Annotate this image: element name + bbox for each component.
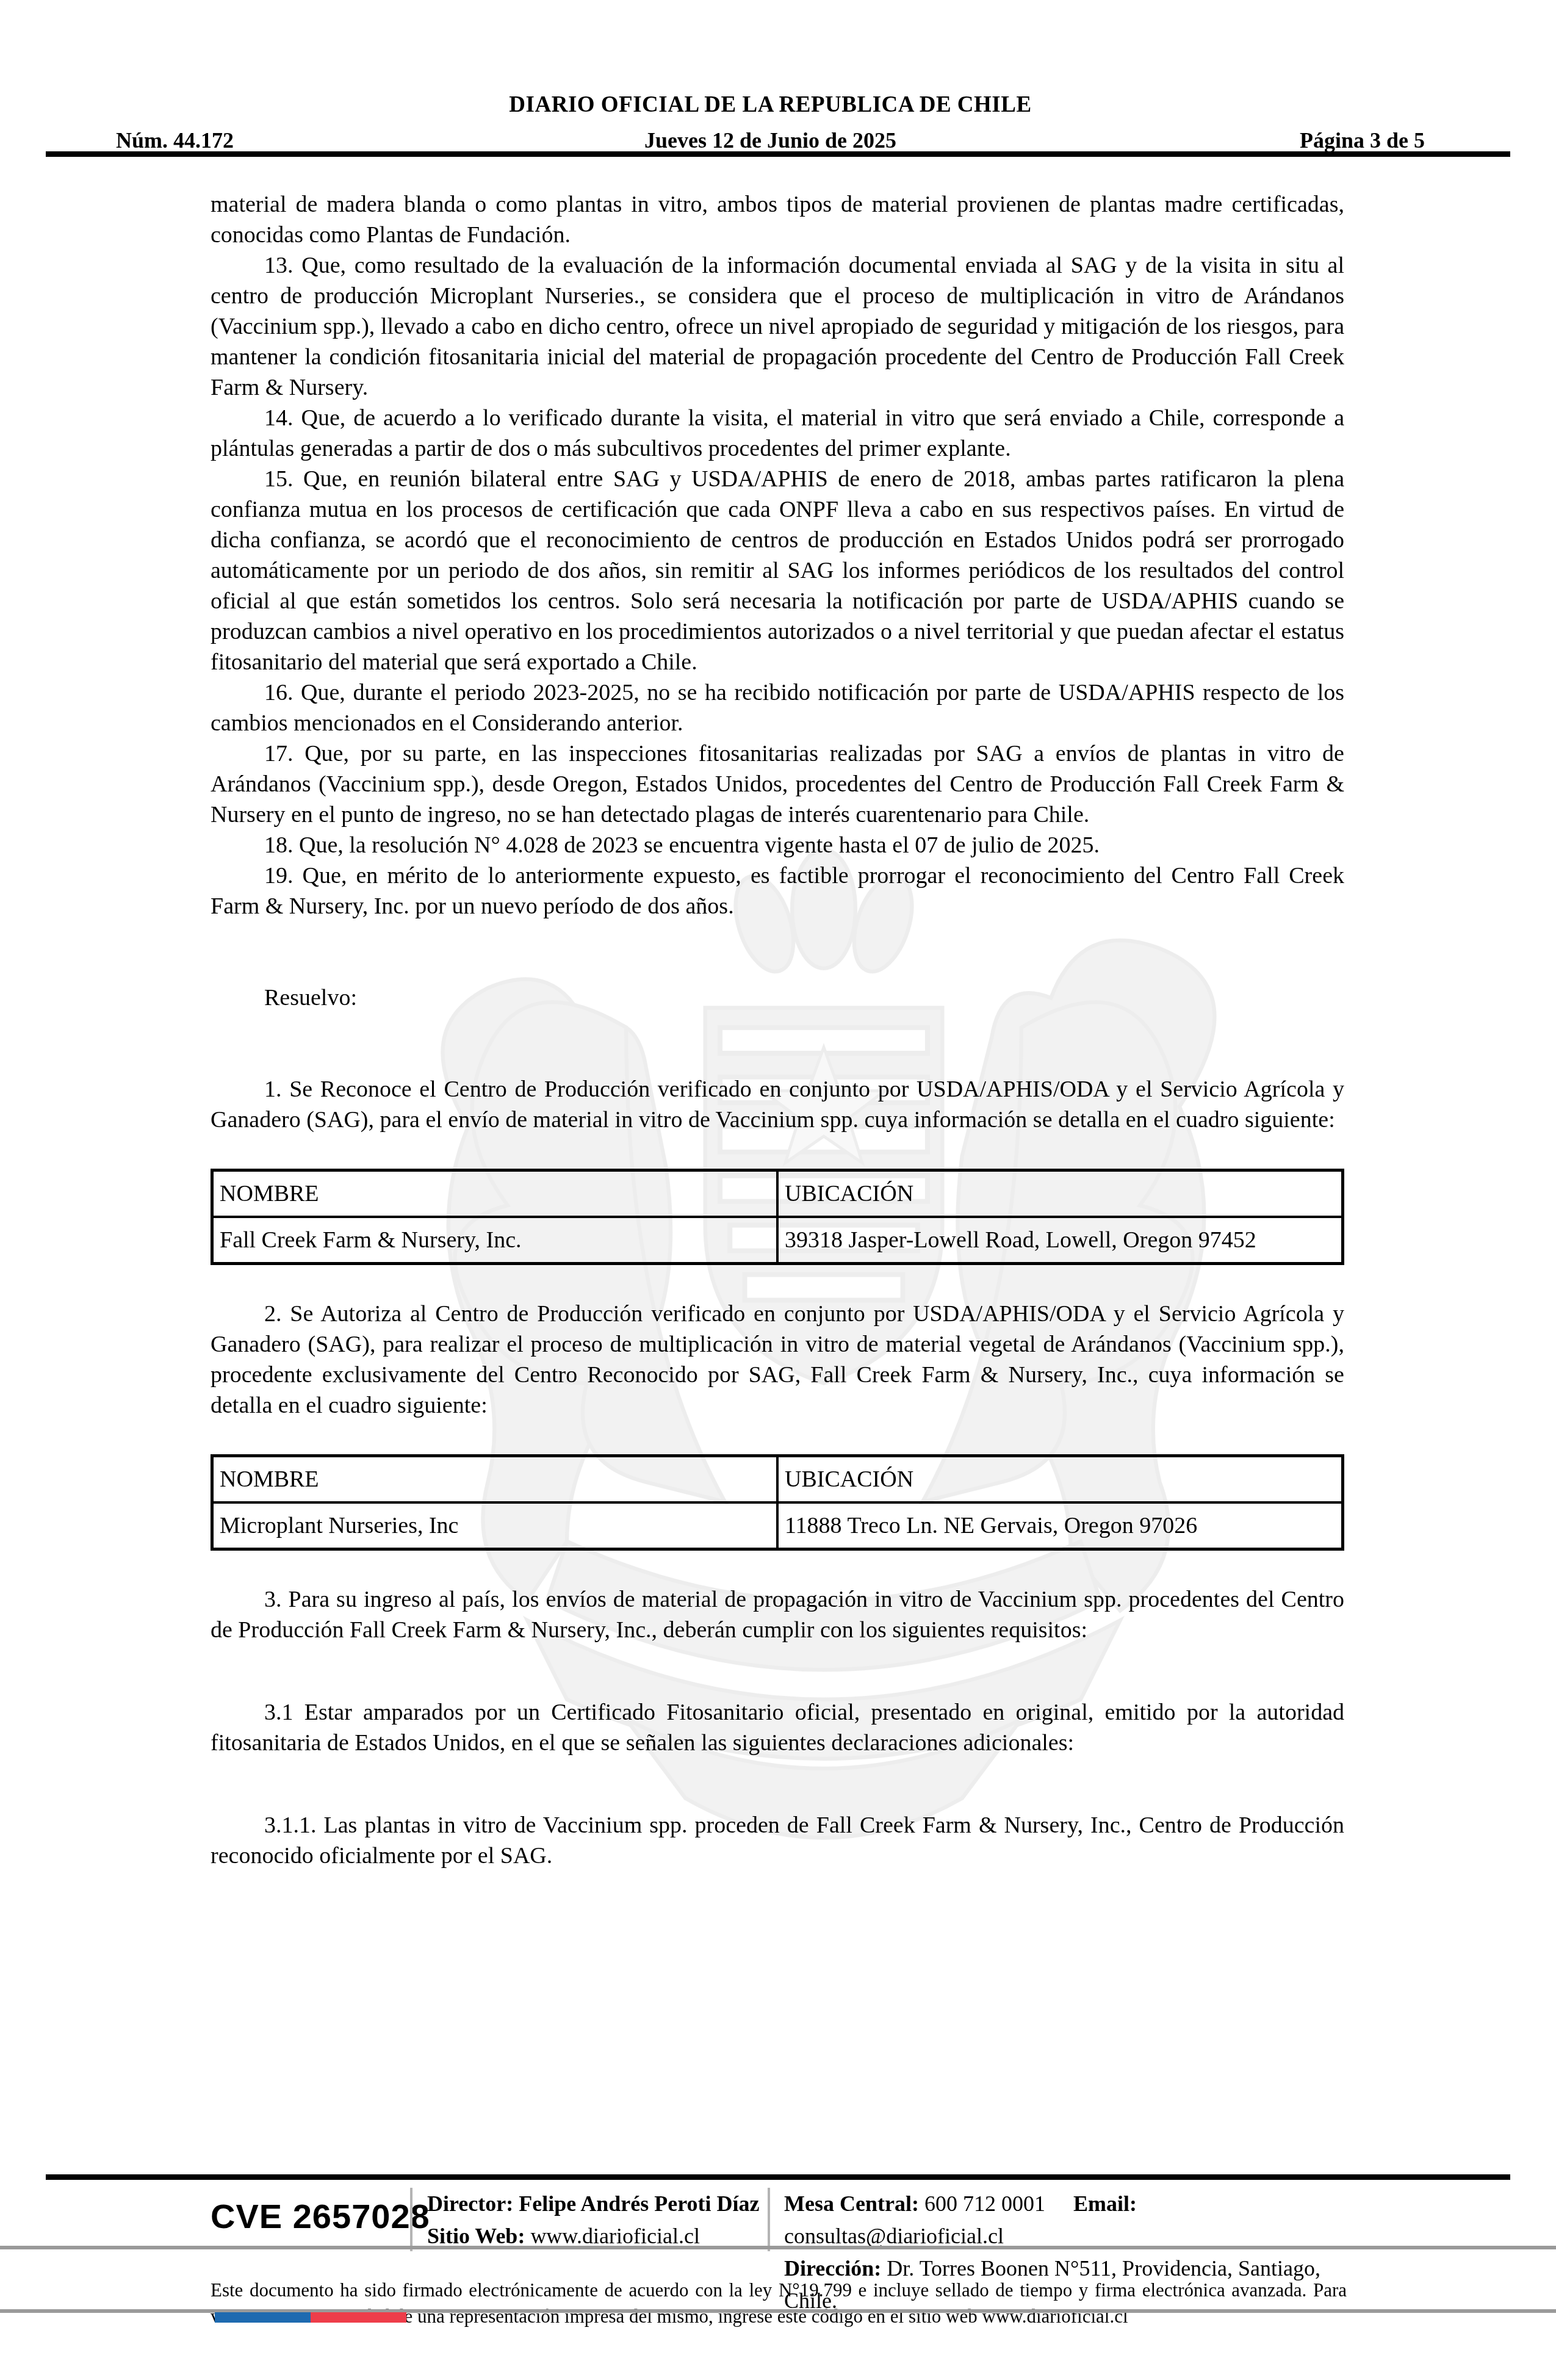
- paragraph: 18. Que, la resolución N° 4.028 de 2023 …: [211, 830, 1344, 860]
- issue-number: Núm. 44.172: [116, 128, 234, 153]
- paragraph: 3.1.1. Las plantas in vitro de Vaccinium…: [211, 1810, 1344, 1871]
- footer-info-bar: CVE 2657028 Director: Felipe Andrés Pero…: [211, 2188, 1349, 2249]
- table-header-cell: UBICACIÓN: [777, 1456, 1343, 1503]
- footer-divider: [768, 2188, 770, 2251]
- sitio-url: www.diarioficial.cl: [530, 2224, 700, 2248]
- table-header-cell: NOMBRE: [212, 1170, 778, 1217]
- email-label: Email:: [1073, 2191, 1137, 2216]
- info-table: NOMBREUBICACIÓNMicroplant Nurseries, Inc…: [211, 1454, 1344, 1551]
- director-name: Felipe Andrés Peroti Díaz: [519, 2191, 759, 2216]
- table-cell: Fall Creek Farm & Nursery, Inc.: [212, 1217, 778, 1264]
- table-cell: Microplant Nurseries, Inc: [212, 1502, 778, 1549]
- gazette-title: DIARIO OFICIAL DE LA REPUBLICA DE CHILE: [116, 92, 1425, 118]
- flag-blue-segment: [215, 2312, 311, 2323]
- cve-code: CVE 2657028: [211, 2196, 430, 2236]
- paragraph: 13. Que, como resultado de la evaluación…: [211, 250, 1344, 403]
- table-row: Fall Creek Farm & Nursery, Inc.39318 Jas…: [212, 1217, 1343, 1264]
- chile-flag-mark: [215, 2312, 406, 2323]
- sitio-label: Sitio Web:: [427, 2224, 525, 2248]
- table-cell: 39318 Jasper-Lowell Road, Lowell, Oregon…: [777, 1217, 1343, 1264]
- paragraph: 14. Que, de acuerdo a lo verificado dura…: [211, 403, 1344, 464]
- director-label: Director:: [427, 2191, 513, 2216]
- table-row: Microplant Nurseries, Inc11888 Treco Ln.…: [212, 1502, 1343, 1549]
- document-body: material de madera blanda o como plantas…: [211, 189, 1344, 1871]
- mesa-label: Mesa Central:: [784, 2191, 919, 2216]
- issue-date: Jueves 12 de Junio de 2025: [116, 128, 1425, 153]
- paragraph: 2. Se Autoriza al Centro de Producción v…: [211, 1299, 1344, 1421]
- paragraph: 16. Que, durante el periodo 2023-2025, n…: [211, 677, 1344, 738]
- info-table: NOMBREUBICACIÓNFall Creek Farm & Nursery…: [211, 1169, 1344, 1265]
- mesa-line: Mesa Central: 600 712 0001Email: consult…: [784, 2188, 1349, 2252]
- paragraph: 3.1 Estar amparados por un Certificado F…: [211, 1697, 1344, 1758]
- director-line: Director: Felipe Andrés Peroti Díaz: [427, 2188, 760, 2220]
- paragraph: material de madera blanda o como plantas…: [211, 189, 1344, 250]
- header-rule: [46, 151, 1510, 157]
- paragraph: 3. Para su ingreso al país, los envíos d…: [211, 1584, 1344, 1645]
- header-meta-row: Núm. 44.172 Jueves 12 de Junio de 2025 P…: [116, 128, 1425, 153]
- table-header-cell: UBICACIÓN: [777, 1170, 1343, 1217]
- separator-rule: [0, 2246, 1556, 2249]
- mesa-phone: 600 712 0001: [924, 2191, 1045, 2216]
- director-block: Director: Felipe Andrés Peroti Díaz Siti…: [427, 2188, 760, 2252]
- flag-red-segment: [311, 2312, 406, 2323]
- paragraph: 1. Se Reconoce el Centro de Producción v…: [211, 1074, 1344, 1135]
- footer-rule: [46, 2174, 1510, 2180]
- table-header-cell: NOMBRE: [212, 1456, 778, 1503]
- paragraph: 15. Que, en reunión bilateral entre SAG …: [211, 464, 1344, 677]
- footer-divider: [410, 2188, 412, 2251]
- paragraph: 19. Que, en mérito de lo anteriormente e…: [211, 860, 1344, 921]
- page-indicator: Página 3 de 5: [1300, 128, 1425, 153]
- paragraph: Resuelvo:: [211, 983, 1344, 1013]
- email-address: consultas@diarioficial.cl: [784, 2224, 1004, 2248]
- paragraph: 17. Que, por su parte, en las inspeccion…: [211, 738, 1344, 830]
- table-cell: 11888 Treco Ln. NE Gervais, Oregon 97026: [777, 1502, 1343, 1549]
- page-header: DIARIO OFICIAL DE LA REPUBLICA DE CHILE …: [116, 92, 1425, 153]
- gazette-page: DIARIO OFICIAL DE LA REPUBLICA DE CHILE …: [0, 0, 1556, 2380]
